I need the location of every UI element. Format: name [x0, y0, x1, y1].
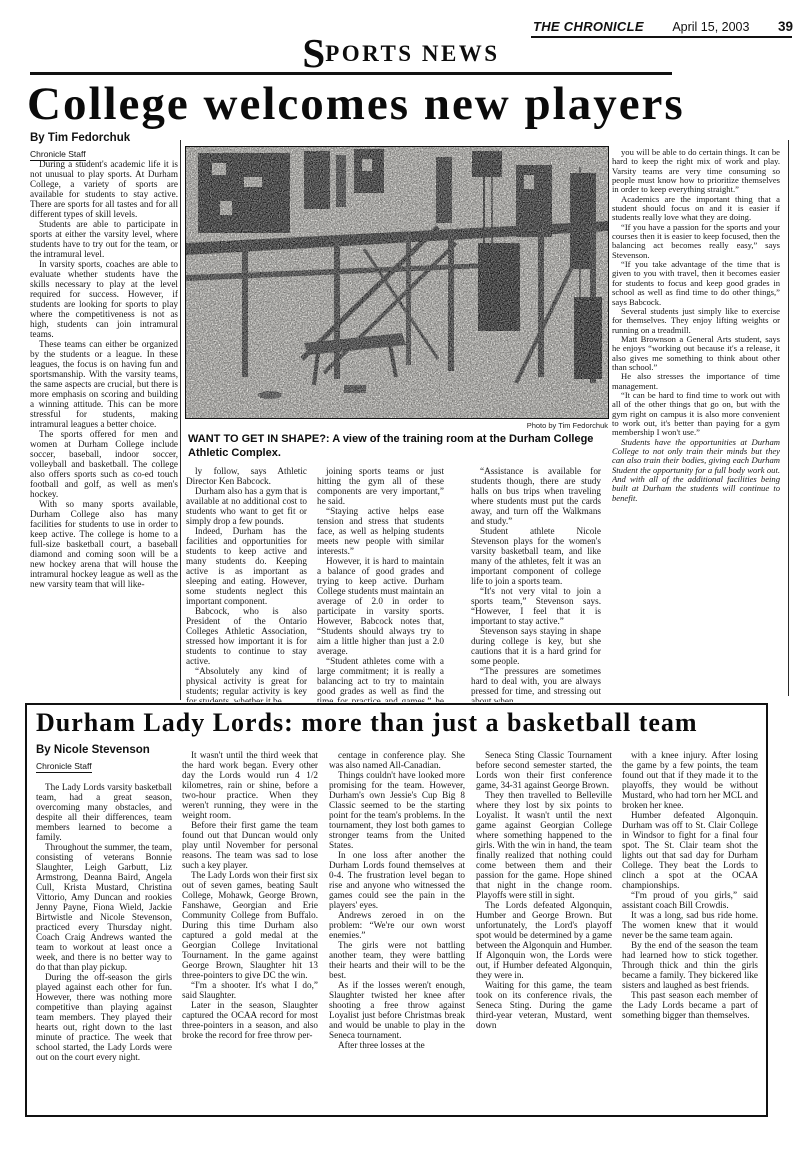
article2-col2: It wasn't until the third week that the … [182, 750, 318, 1110]
article2-author: By Nicole Stevenson [36, 744, 150, 756]
paragraph: Andrews zeroed in on the problem: “We're… [329, 910, 465, 940]
paragraph: It was a long, sad bus ride home. The wo… [622, 910, 758, 940]
paragraph: “It's not very vital to join a sports te… [471, 586, 601, 626]
paragraph: Indeed, Durham has the facilities and op… [186, 526, 307, 606]
article1-col3: joining sports teams or just hitting the… [317, 466, 444, 702]
issue-date: April 15, 2003 [672, 20, 749, 34]
photo-credit: Photo by Tim Fedorchuk [186, 421, 608, 430]
paragraph: “If you have a passion for the sports an… [612, 223, 780, 260]
article2-byline-org: Chronicle Staff [36, 761, 92, 773]
paragraph: centage in conference play. She was also… [329, 750, 465, 770]
paragraph: Students have the opportunities at Durha… [612, 438, 780, 503]
paragraph: ly follow, says Athletic Director Ken Ba… [186, 466, 307, 486]
article1-col1: During a student's academic life it is n… [30, 159, 178, 700]
paragraph: The sports offered for men and women at … [30, 429, 178, 499]
paragraph: With so many sports available, Durham Co… [30, 499, 178, 589]
paragraph: “It can be hard to find time to work out… [612, 391, 780, 438]
paragraph: In varsity sports, coaches are able to e… [30, 259, 178, 339]
paragraph: joining sports teams or just hitting the… [317, 466, 444, 506]
training-room-photo-art [186, 147, 608, 418]
paragraph: “The pressures are sometimes hard to dea… [471, 666, 601, 702]
paragraph: Humber defeated Algonquin. Durham was of… [622, 810, 758, 890]
paragraph: During a student's academic life it is n… [30, 159, 178, 219]
article2-col4: Seneca Sting Classic Tournament before s… [476, 750, 612, 1110]
newspaper-page: { "masthead": { "paper_name": "THE CHRON… [0, 0, 802, 1151]
paragraph: During the off-season the girls played a… [36, 972, 172, 1062]
paragraph: These teams can either be organized by t… [30, 339, 178, 429]
paragraph: Students are able to participate in spor… [30, 219, 178, 259]
masthead: THE CHRONICLE April 15, 2003 39 [533, 19, 793, 34]
paragraph: “I'm a shooter. It's what I do,” said Sl… [182, 980, 318, 1000]
column-rule-left [180, 140, 181, 700]
paragraph: Several students just simply like to exe… [612, 307, 780, 335]
paragraph: In one loss after another the Durham Lor… [329, 850, 465, 910]
paper-name: THE CHRONICLE [533, 19, 644, 34]
section-title: PORTS NEWS [325, 41, 499, 66]
page-number: 39 [778, 19, 793, 34]
section-rule [30, 72, 672, 75]
paragraph: Babcock, who is also President of the On… [186, 606, 307, 666]
article1-author: By Tim Fedorchuk [30, 132, 130, 144]
paragraph: “Absolutely any kind of physical activit… [186, 666, 307, 702]
article2-col1: The Lady Lords varsity basketball team, … [36, 782, 172, 1110]
paragraph: Before their first game the team found o… [182, 820, 318, 870]
paragraph: The girls were not battling another team… [329, 940, 465, 980]
paragraph: The Lady Lords won their first six out o… [182, 870, 318, 980]
paragraph: “If you take advantage of the time that … [612, 260, 780, 307]
paragraph: Throughout the summer, the team, consist… [36, 842, 172, 972]
article1-col2: ly follow, says Athletic Director Ken Ba… [186, 466, 307, 702]
column-rule-right [788, 140, 789, 696]
paragraph: “Staying active helps ease tension and s… [317, 506, 444, 556]
paragraph: “Student athletes come with a large comm… [317, 656, 444, 702]
paragraph: with a knee injury. After losing the gam… [622, 750, 758, 810]
paragraph: As if the losses weren't enough, Slaught… [329, 980, 465, 1040]
paragraph: Later in the season, Slaughter captured … [182, 1000, 318, 1040]
article2-col5: with a knee injury. After losing the gam… [622, 750, 758, 1110]
paragraph: “I'm proud of you girls,” said assistant… [622, 890, 758, 910]
paragraph: By the end of the season the team had le… [622, 940, 758, 990]
article2-col3: centage in conference play. She was also… [329, 750, 465, 1110]
paragraph: Stevenson says staying in shape during c… [471, 626, 601, 666]
paragraph: They then travelled to Belleville where … [476, 790, 612, 900]
paragraph: Seneca Sting Classic Tournament before s… [476, 750, 612, 790]
article1-col5: you will be able to do certain things. I… [612, 148, 780, 700]
paragraph: After three losses at the [329, 1040, 465, 1050]
paragraph: Academics are the important thing that a… [612, 195, 780, 223]
paragraph: you will be able to do certain things. I… [612, 148, 780, 195]
paragraph: “Assistance is available for students th… [471, 466, 601, 526]
section-initial: S [302, 30, 325, 76]
paragraph: This past season each member of the Lady… [622, 990, 758, 1020]
paragraph: Matt Brownson a General Arts student, sa… [612, 335, 780, 372]
paragraph: He also stresses the importance of time … [612, 372, 780, 391]
paragraph: Waiting for this game, the team took on … [476, 980, 612, 1030]
paragraph: The Lady Lords varsity basketball team, … [36, 782, 172, 842]
article1-col4: “Assistance is available for students th… [471, 466, 601, 702]
article1-headline: College welcomes new players [27, 80, 789, 128]
paragraph: However, it is hard to maintain a balanc… [317, 556, 444, 656]
paragraph: Durham also has a gym that is available … [186, 486, 307, 526]
paragraph: Things couldn't have looked more promisi… [329, 770, 465, 850]
paragraph: The Lords defeated Algonquin, Humber and… [476, 900, 612, 980]
paragraph: Student athlete Nicole Stevenson plays f… [471, 526, 601, 586]
article2-byline: By Nicole Stevenson Chronicle Staff [36, 744, 150, 774]
paragraph: It wasn't until the third week that the … [182, 750, 318, 820]
training-room-photo [186, 147, 608, 418]
article1-byline: By Tim Fedorchuk Chronicle Staff [30, 132, 130, 162]
article2-headline: Durham Lady Lords: more than just a bask… [36, 708, 766, 738]
photo-caption: WANT TO GET IN SHAPE?: A view of the tra… [188, 433, 608, 460]
section-heading: SPORTS NEWS [0, 38, 802, 68]
